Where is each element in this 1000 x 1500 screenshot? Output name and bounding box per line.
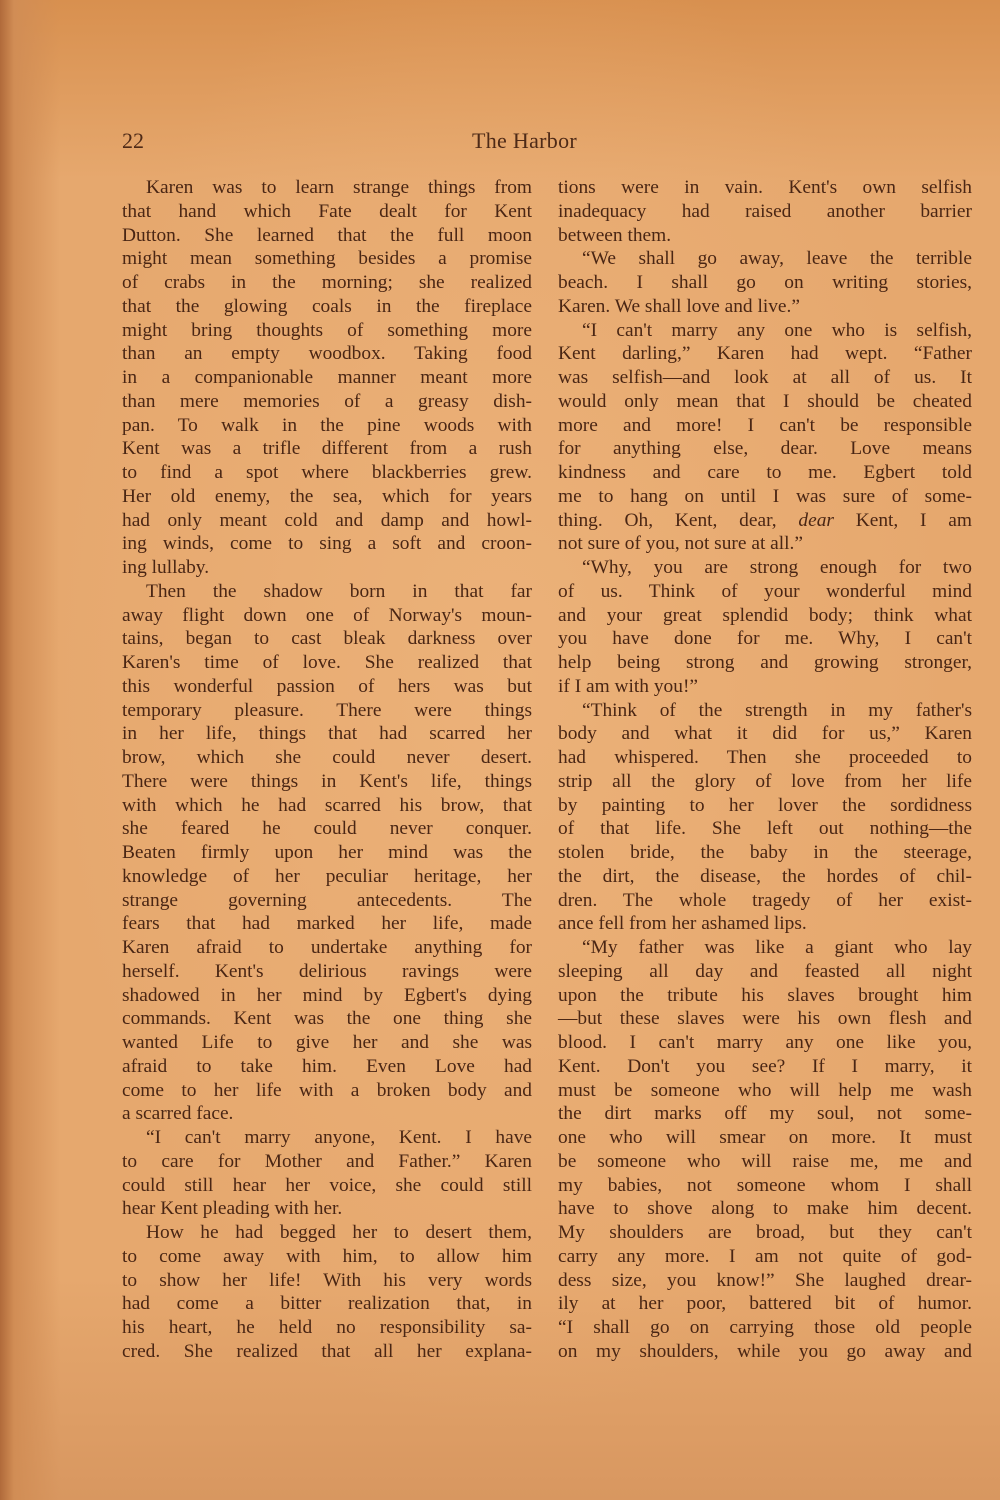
text-line: Her old enemy, the sea, which for years: [122, 485, 532, 509]
text-line: the dirt marks off my soul, not some-: [558, 1102, 972, 1126]
text-line: There were things in Kent's life, things: [122, 770, 532, 794]
text-line: brow, which she could never desert.: [122, 746, 532, 770]
text-line: Kent darling,” Karen had wept. “Father: [558, 342, 972, 366]
italic-emphasis: dear: [798, 510, 834, 531]
text-line: my babies, not someone whom I shall: [558, 1174, 972, 1198]
text-line: carry any more. I am not quite of god-: [558, 1245, 972, 1269]
text-line: blood. I can't marry any one like you,: [558, 1031, 972, 1055]
text-line: tains, began to cast bleak darkness over: [122, 627, 532, 651]
text-line: more and more! I can't be responsible: [558, 414, 972, 438]
text-line: to care for Mother and Father.” Karen: [122, 1150, 532, 1174]
text-line: than mere memories of a greasy dish-: [122, 390, 532, 414]
text-line: had only meant cold and damp and howl-: [122, 509, 532, 533]
text-line: must be someone who will help me wash: [558, 1079, 972, 1103]
text-line: dren. The whole tragedy of her exist-: [558, 889, 972, 913]
text-line: might mean something besides a promise: [122, 247, 532, 271]
text-line: of that life. She left out nothing—the: [558, 817, 972, 841]
page-number: 22: [122, 128, 144, 154]
text-line: wanted Life to give her and she was: [122, 1031, 532, 1055]
text-line: with which he had scarred his brow, that: [122, 794, 532, 818]
text-line: commands. Kent was the one thing she: [122, 1007, 532, 1031]
text-line: a scarred face.: [122, 1102, 532, 1126]
text-line: Dutton. She learned that the full moon: [122, 224, 532, 248]
text-line: “I can't marry any one who is selfish,: [558, 319, 972, 343]
text-line: to find a spot where blackberries grew.: [122, 461, 532, 485]
text-line: have to shove along to make him decent.: [558, 1197, 972, 1221]
text-line: Karen. We shall love and live.”: [558, 295, 972, 319]
text-line: dess size, you know!” She laughed drear-: [558, 1269, 972, 1293]
text-line: “I can't marry anyone, Kent. I have: [122, 1126, 532, 1150]
text-line: tions were in vain. Kent's own selfish: [558, 176, 972, 200]
text-line: on my shoulders, while you go away and: [558, 1340, 972, 1364]
text-line: to show her life! With his very words: [122, 1269, 532, 1293]
text-line: “We shall go away, leave the terrible: [558, 247, 972, 271]
text-line: for anything else, dear. Love means: [558, 437, 972, 461]
text-line: would only mean that I should be cheated: [558, 390, 972, 414]
text-line: had come a bitter realization that, in: [122, 1292, 532, 1316]
running-title: The Harbor: [472, 128, 577, 154]
text-line: Then the shadow born in that far: [122, 580, 532, 604]
text-line: than an empty woodbox. Taking food: [122, 342, 532, 366]
text-line: me to hang on until I was sure of some-: [558, 485, 972, 509]
left-text-column: Karen was to learn strange things fromth…: [122, 176, 532, 1364]
text-line: upon the tribute his slaves brought him: [558, 984, 972, 1008]
right-text-column: tions were in vain. Kent's own selfishin…: [558, 176, 972, 1364]
text-line: away flight down one of Norway's moun-: [122, 604, 532, 628]
text-line: pan. To walk in the pine woods with: [122, 414, 532, 438]
page-header: 22 The Harbor: [122, 128, 622, 158]
text-line: strip all the glory of love from her lif…: [558, 770, 972, 794]
text-line: Kent. Don't you see? If I marry, it: [558, 1055, 972, 1079]
text-line: be someone who will raise me, me and: [558, 1150, 972, 1174]
text-line: of us. Think of your wonderful mind: [558, 580, 972, 604]
text-line: you have done for me. Why, I can't: [558, 627, 972, 651]
text-line: ily at her poor, battered bit of humor.: [558, 1292, 972, 1316]
text-line: thing. Oh, Kent, dear, dear Kent, I am: [558, 509, 972, 533]
text-line: ing winds, come to sing a soft and croon…: [122, 532, 532, 556]
text-line: My shoulders are broad, but they can't: [558, 1221, 972, 1245]
text-line: Karen afraid to undertake anything for: [122, 936, 532, 960]
text-line: inadequacy had raised another barrier: [558, 200, 972, 224]
text-line: “My father was like a giant who lay: [558, 936, 972, 960]
text-line: shadowed in her mind by Egbert's dying: [122, 984, 532, 1008]
text-line: fears that had marked her life, made: [122, 912, 532, 936]
text-line: if I am with you!”: [558, 675, 972, 699]
text-line: help being strong and growing stronger,: [558, 651, 972, 675]
text-line: sleeping all day and feasted all night: [558, 960, 972, 984]
text-line: ing lullaby.: [122, 556, 532, 580]
text-line: “Why, you are strong enough for two: [558, 556, 972, 580]
text-line: Kent was a trifle different from a rush: [122, 437, 532, 461]
text-line: of crabs in the morning; she realized: [122, 271, 532, 295]
text-line: Karen was to learn strange things from: [122, 176, 532, 200]
text-line: hear Kent pleading with her.: [122, 1197, 532, 1221]
text-line: this wonderful passion of hers was but: [122, 675, 532, 699]
text-line: strange governing antecedents. The: [122, 889, 532, 913]
text-line: ance fell from her ashamed lips.: [558, 912, 972, 936]
text-line: kindness and care to me. Egbert told: [558, 461, 972, 485]
text-line: “I shall go on carrying those old people: [558, 1316, 972, 1340]
text-line: in her life, things that had scarred her: [122, 722, 532, 746]
text-line: could still hear her voice, she could st…: [122, 1174, 532, 1198]
text-line: “Think of the strength in my father's: [558, 699, 972, 723]
text-line: afraid to take him. Even Love had: [122, 1055, 532, 1079]
text-line: temporary pleasure. There were things: [122, 699, 532, 723]
text-line: stolen bride, the baby in the steerage,: [558, 841, 972, 865]
text-line: come to her life with a broken body and: [122, 1079, 532, 1103]
text-line: beach. I shall go on writing stories,: [558, 271, 972, 295]
text-line: How he had begged her to desert them,: [122, 1221, 532, 1245]
text-line: Beaten firmly upon her mind was the: [122, 841, 532, 865]
text-line: body and what it did for us,” Karen: [558, 722, 972, 746]
text-line: might bring thoughts of something more: [122, 319, 532, 343]
text-line: his heart, he held no responsibility sa-: [122, 1316, 532, 1340]
text-line: that hand which Fate dealt for Kent: [122, 200, 532, 224]
text-line: that the glowing coals in the fireplace: [122, 295, 532, 319]
text-line: was selfish—and look at all of us. It: [558, 366, 972, 390]
text-line: and your great splendid body; think what: [558, 604, 972, 628]
text-line: knowledge of her peculiar heritage, her: [122, 865, 532, 889]
text-line: she feared he could never conquer.: [122, 817, 532, 841]
text-line: had whispered. Then she proceeded to: [558, 746, 972, 770]
text-line: not sure of you, not sure at all.”: [558, 532, 972, 556]
text-line: by painting to her lover the sordidness: [558, 794, 972, 818]
text-line: between them.: [558, 224, 972, 248]
text-line: one who will smear on more. It must: [558, 1126, 972, 1150]
text-line: in a companionable manner meant more: [122, 366, 532, 390]
text-line: —but these slaves were his own flesh and: [558, 1007, 972, 1031]
text-line: cred. She realized that all her explana-: [122, 1340, 532, 1364]
text-line: Karen's time of love. She realized that: [122, 651, 532, 675]
text-line: the dirt, the disease, the hordes of chi…: [558, 865, 972, 889]
text-line: herself. Kent's delirious ravings were: [122, 960, 532, 984]
text-line: to come away with him, to allow him: [122, 1245, 532, 1269]
